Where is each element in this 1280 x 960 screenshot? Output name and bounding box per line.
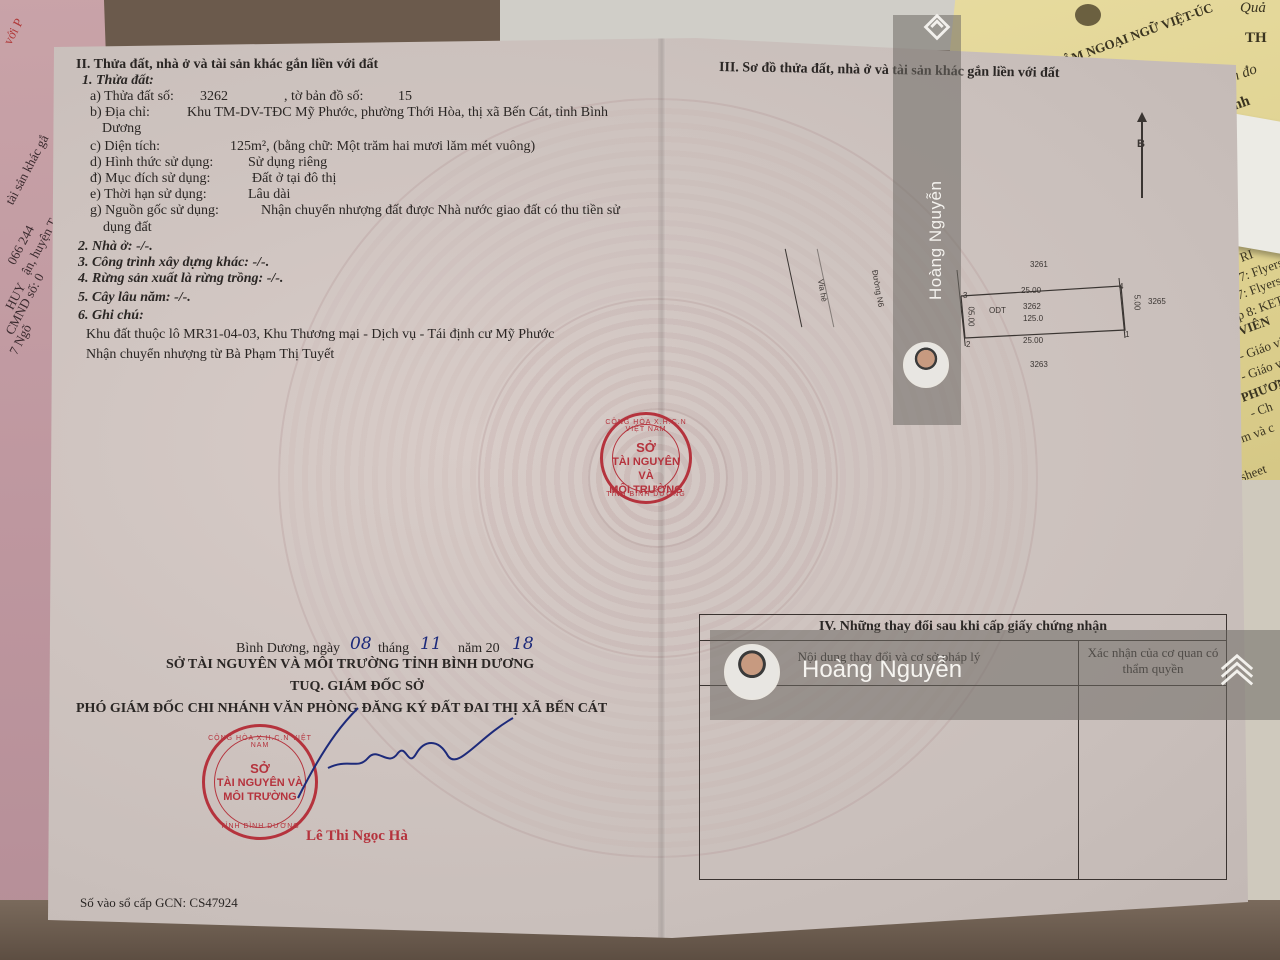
watermark-avatar-vertical xyxy=(903,342,949,388)
vertex-3: 3 xyxy=(963,291,967,300)
address-value: Khu TM-DV-TĐC Mỹ Phước, phường Thới Hòa,… xyxy=(187,104,608,121)
sidewalk-label: Vỉa hè xyxy=(816,279,829,303)
item-5-perennial: 5. Cây lâu năm: -/-. xyxy=(78,289,191,306)
bg-yellow-text: TH xyxy=(1245,30,1267,47)
field-label: g) Nguồn gốc sử dụng: xyxy=(90,202,219,219)
road-label: Đường N6 xyxy=(870,269,885,308)
area-value: 125m², (bằng chữ: Một trăm hai mươi lăm … xyxy=(230,138,535,155)
origin-value: Nhận chuyển nhượng đất được Nhà nước gia… xyxy=(261,202,620,219)
field-label: b) Địa chỉ: xyxy=(90,104,150,121)
neighbor-east: 3265 xyxy=(1148,297,1166,306)
watermark-logo-icon xyxy=(918,8,956,46)
date-month-label: tháng xyxy=(378,640,409,657)
item-3-other-construction: 3. Công trình xây dựng khác: -/-. xyxy=(78,254,269,271)
parcel-number: 3262 xyxy=(200,88,228,105)
date-prefix: Bình Dương, ngày xyxy=(236,640,340,657)
item-1-title: 1. Thửa đất: xyxy=(82,72,154,89)
watermark-logo-icon xyxy=(1218,652,1256,690)
usage-purpose-value: Đất ở tại đô thị xyxy=(252,170,336,187)
date-day: 08 xyxy=(350,636,372,653)
usage-form-value: Sử dụng riêng xyxy=(248,154,327,171)
vertex-1: 1 xyxy=(1125,330,1129,339)
address-value-cont: Dương xyxy=(102,120,141,137)
vertex-4: 4 xyxy=(1119,282,1123,291)
road-edge-line xyxy=(785,249,803,327)
registry-number: Số vào sổ cấp GCN: CS47924 xyxy=(80,894,238,911)
bg-yellow-text: Quả xyxy=(1240,0,1266,17)
stamp-arc-bottom: TỈNH BÌNH DƯƠNG xyxy=(205,823,315,830)
north-arrow-line xyxy=(1141,118,1143,198)
edge-right-length: 5.00 xyxy=(1132,295,1141,311)
item-6-notes: 6. Ghi chú: xyxy=(78,307,144,324)
north-arrow-icon xyxy=(1137,112,1147,122)
origin-value-cont: dụng đất xyxy=(103,219,152,236)
north-label: B xyxy=(1137,138,1145,150)
left-page: II. Thửa đất, nhà ở và tài sản khác gắn … xyxy=(48,38,658,938)
edge-left-length: 05.00 xyxy=(967,306,976,326)
parcel-outline xyxy=(953,266,1143,346)
field-label: đ) Mục đích sử dụng: xyxy=(90,170,210,187)
parcel-area: 125.0 xyxy=(1023,314,1043,323)
edge-top-length: 25.00 xyxy=(1021,286,1041,295)
parcel-id: 3262 xyxy=(1023,302,1041,311)
map-sheet-number: 15 xyxy=(398,88,412,105)
edge-bottom-length: 25.00 xyxy=(1023,336,1043,345)
watermark-name-horizontal: Hoàng Nguyễn xyxy=(802,656,962,684)
watermark-name-vertical: Hoàng Nguyễn xyxy=(926,181,946,300)
watermark-avatar-horizontal xyxy=(724,644,780,700)
field-label: e) Thời hạn sử dụng: xyxy=(90,186,207,203)
signer-name: Lê Thi Ngọc Hà xyxy=(306,828,408,845)
field-label: a) Thửa đất số: xyxy=(90,88,174,105)
vertex-2: 2 xyxy=(966,340,970,349)
section-3-title: III. Sơ đồ thửa đất, nhà ở và tài sản kh… xyxy=(719,59,1060,82)
section-2-title: II. Thửa đất, nhà ở và tài sản khác gắn … xyxy=(76,56,378,73)
watermark-bar-horizontal xyxy=(710,630,1280,720)
issuing-org: SỞ TÀI NGUYÊN VÀ MÔI TRƯỜNG TỈNH BÌNH DƯ… xyxy=(166,656,534,673)
field-label: , tờ bản đồ số: xyxy=(284,88,363,105)
tuq-line: TUQ. GIÁM ĐỐC SỞ xyxy=(290,678,424,695)
date-year-label: năm 20 xyxy=(458,640,500,657)
field-label: d) Hình thức sử dụng: xyxy=(90,154,213,171)
item-4-forest: 4. Rừng sản xuất là rừng trồng: -/-. xyxy=(78,270,283,287)
date-month: 11 xyxy=(420,636,442,653)
date-year: 18 xyxy=(512,636,534,653)
note-line: Khu đất thuộc lô MR31-04-03, Khu Thương … xyxy=(86,326,554,343)
usage-term-value: Lâu dài xyxy=(248,186,290,203)
land-code: ODT xyxy=(989,306,1006,315)
bg-yellow-logo-icon xyxy=(1075,4,1101,26)
field-label: c) Diện tích: xyxy=(90,138,160,155)
signature-scribble xyxy=(288,698,518,808)
note-line: Nhận chuyển nhượng từ Bà Phạm Thị Tuyết xyxy=(86,346,334,363)
item-2-house: 2. Nhà ở: -/-. xyxy=(78,238,153,255)
neighbor-south: 3263 xyxy=(1030,360,1048,369)
